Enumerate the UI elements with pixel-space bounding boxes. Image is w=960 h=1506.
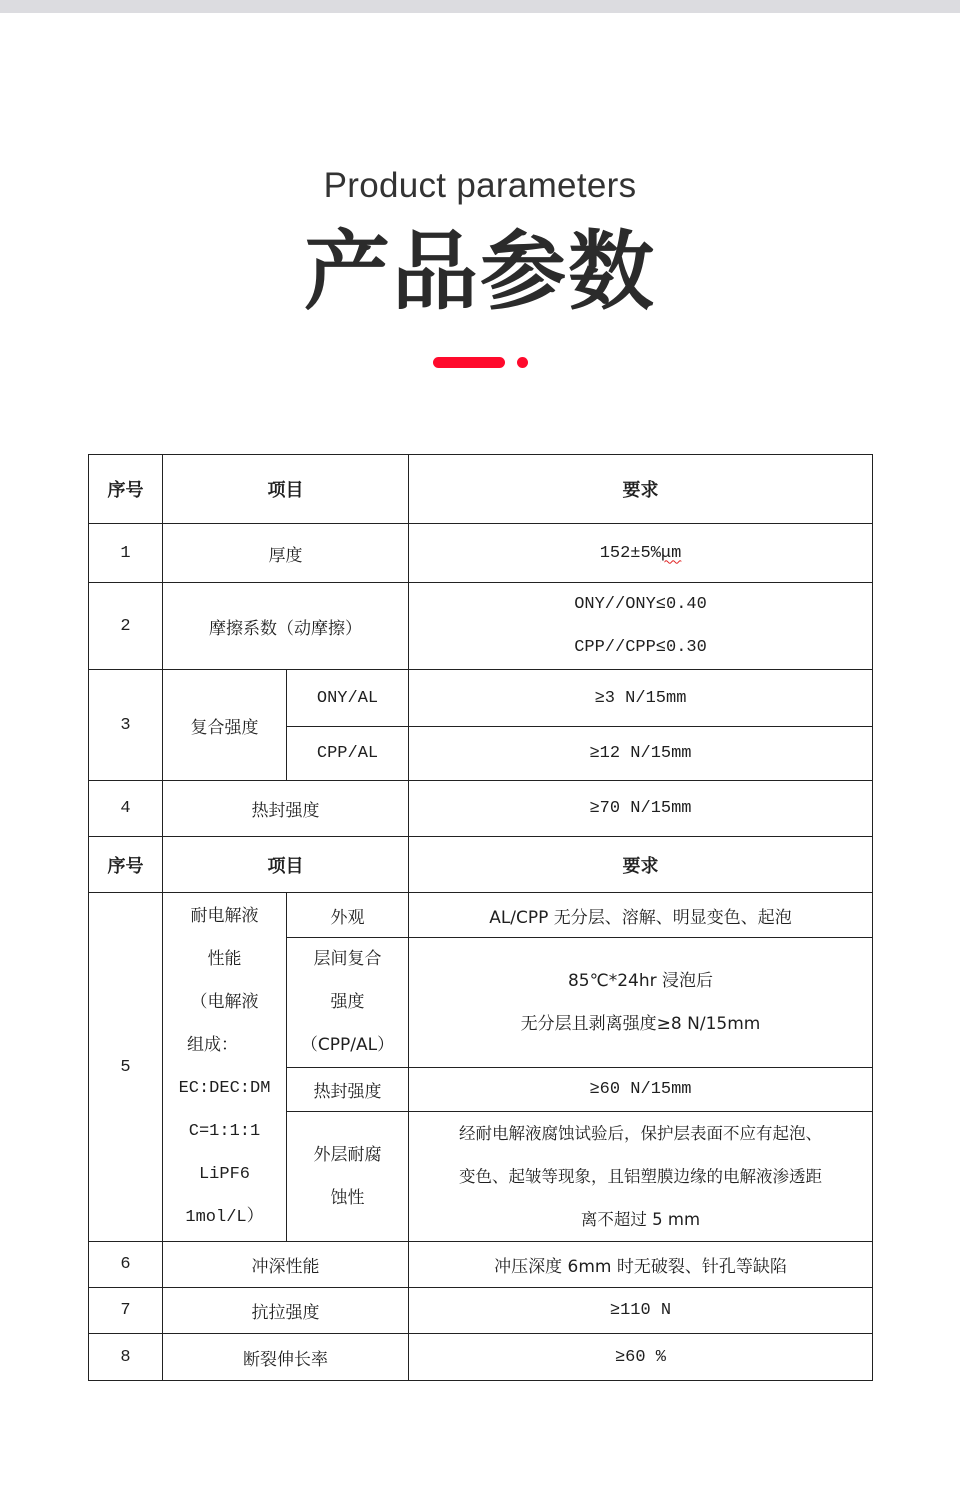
- row-item: 热封强度: [163, 781, 409, 837]
- requirement-line: 无分层且剥离强度≥8 N/15mm: [415, 1003, 866, 1046]
- item-line: EC:DEC:DM: [169, 1067, 280, 1110]
- top-bar: [0, 0, 960, 13]
- table-row: 3 复合强度 ONY/AL ≥3 N/15mm: [89, 670, 873, 727]
- requirement-line: 经耐电解液腐蚀试验后，保护层表面不应有起泡、: [413, 1112, 868, 1155]
- parameters-table: 序号 项目 要求 1 厚度 152±5%μm 2 摩擦系数（动摩擦） ONY//…: [88, 454, 873, 1381]
- table-row: 2 摩擦系数（动摩擦） ONY//ONY≤0.40 CPP//CPP≤0.30: [89, 583, 873, 670]
- row-subitem: 热封强度: [287, 1068, 409, 1112]
- row-no: 2: [89, 583, 163, 670]
- page-title: 产品参数: [0, 222, 960, 322]
- row-item: 复合强度: [163, 670, 287, 781]
- row-requirement: 152±5%μm: [409, 524, 873, 583]
- subitem-line: 强度: [293, 981, 402, 1024]
- row-no: 8: [89, 1334, 163, 1381]
- accent-bar-decoration: [433, 357, 505, 368]
- row-no: 6: [89, 1242, 163, 1288]
- subitem-line: 蚀性: [293, 1177, 402, 1220]
- table-row: 8 断裂伸长率 ≥60 %: [89, 1334, 873, 1381]
- table-row: 1 厚度 152±5%μm: [89, 524, 873, 583]
- table-header-row: 序号 项目 要求: [89, 455, 873, 524]
- item-line: 组成：: [169, 1024, 280, 1067]
- table-row: 4 热封强度 ≥70 N/15mm: [89, 781, 873, 837]
- row-item: 抗拉强度: [163, 1288, 409, 1334]
- row-no: 5: [89, 893, 163, 1242]
- row-requirement: 经耐电解液腐蚀试验后，保护层表面不应有起泡、 变色、起皱等现象，且铝塑膜边缘的电…: [409, 1112, 873, 1242]
- subtitle-english: Product parameters: [0, 166, 960, 206]
- row-item: 摩擦系数（动摩擦）: [163, 583, 409, 670]
- header-item: 项目: [163, 837, 409, 893]
- requirement-line: 85℃*24hr 浸泡后: [415, 960, 866, 1003]
- header-no: 序号: [89, 455, 163, 524]
- requirement-value: 152±5%: [600, 544, 661, 563]
- item-line: 性能: [169, 938, 280, 981]
- row-item: 厚度: [163, 524, 409, 583]
- header-requirement: 要求: [409, 837, 873, 893]
- item-line: （电解液: [169, 981, 280, 1024]
- row-subitem: CPP/AL: [287, 727, 409, 781]
- row-requirement: ONY//ONY≤0.40 CPP//CPP≤0.30: [409, 583, 873, 670]
- row-requirement: ≥12 N/15mm: [409, 727, 873, 781]
- row-requirement: ≥3 N/15mm: [409, 670, 873, 727]
- row-no: 4: [89, 781, 163, 837]
- row-item: 断裂伸长率: [163, 1334, 409, 1381]
- item-line: 1mol/L）: [169, 1196, 280, 1239]
- row-subitem: ONY/AL: [287, 670, 409, 727]
- row-no: 1: [89, 524, 163, 583]
- requirement-unit: μm: [661, 544, 681, 563]
- table-row: 5 耐电解液 性能 （电解液 组成： EC:DEC:DM C=1:1:1 LiP…: [89, 893, 873, 938]
- requirement-line: 变色、起皱等现象，且铝塑膜边缘的电解液渗透距: [413, 1155, 868, 1198]
- row-requirement: 85℃*24hr 浸泡后 无分层且剥离强度≥8 N/15mm: [409, 938, 873, 1068]
- table-row: 7 抗拉强度 ≥110 N: [89, 1288, 873, 1334]
- subitem-line: 外层耐腐: [293, 1134, 402, 1177]
- row-requirement: ≥110 N: [409, 1288, 873, 1334]
- item-line: LiPF6: [169, 1153, 280, 1196]
- header-requirement: 要求: [409, 455, 873, 524]
- subitem-line: 层间复合: [293, 938, 402, 981]
- row-requirement: ≥60 %: [409, 1334, 873, 1381]
- row-subitem: 外观: [287, 893, 409, 938]
- table-header-row: 序号 项目 要求: [89, 837, 873, 893]
- header-item: 项目: [163, 455, 409, 524]
- row-item: 耐电解液 性能 （电解液 组成： EC:DEC:DM C=1:1:1 LiPF6…: [163, 893, 287, 1242]
- row-requirement: ≥60 N/15mm: [409, 1068, 873, 1112]
- table-row: 6 冲深性能 冲压深度 6mm 时无破裂、针孔等缺陷: [89, 1242, 873, 1288]
- row-item: 冲深性能: [163, 1242, 409, 1288]
- row-no: 3: [89, 670, 163, 781]
- requirement-line: 离不超过 5 mm: [413, 1198, 868, 1241]
- row-subitem: 外层耐腐 蚀性: [287, 1112, 409, 1242]
- row-requirement: ≥70 N/15mm: [409, 781, 873, 837]
- subitem-line: （CPP/AL）: [293, 1024, 402, 1067]
- row-requirement: AL/CPP 无分层、溶解、明显变色、起泡: [409, 893, 873, 938]
- header-no: 序号: [89, 837, 163, 893]
- item-line: C=1:1:1: [169, 1110, 280, 1153]
- accent-dot-decoration: [517, 357, 528, 368]
- requirement-line: CPP//CPP≤0.30: [415, 626, 866, 669]
- row-requirement: 冲压深度 6mm 时无破裂、针孔等缺陷: [409, 1242, 873, 1288]
- row-no: 7: [89, 1288, 163, 1334]
- item-line: 耐电解液: [169, 895, 280, 938]
- requirement-line: ONY//ONY≤0.40: [415, 583, 866, 626]
- row-subitem: 层间复合 强度 （CPP/AL）: [287, 938, 409, 1068]
